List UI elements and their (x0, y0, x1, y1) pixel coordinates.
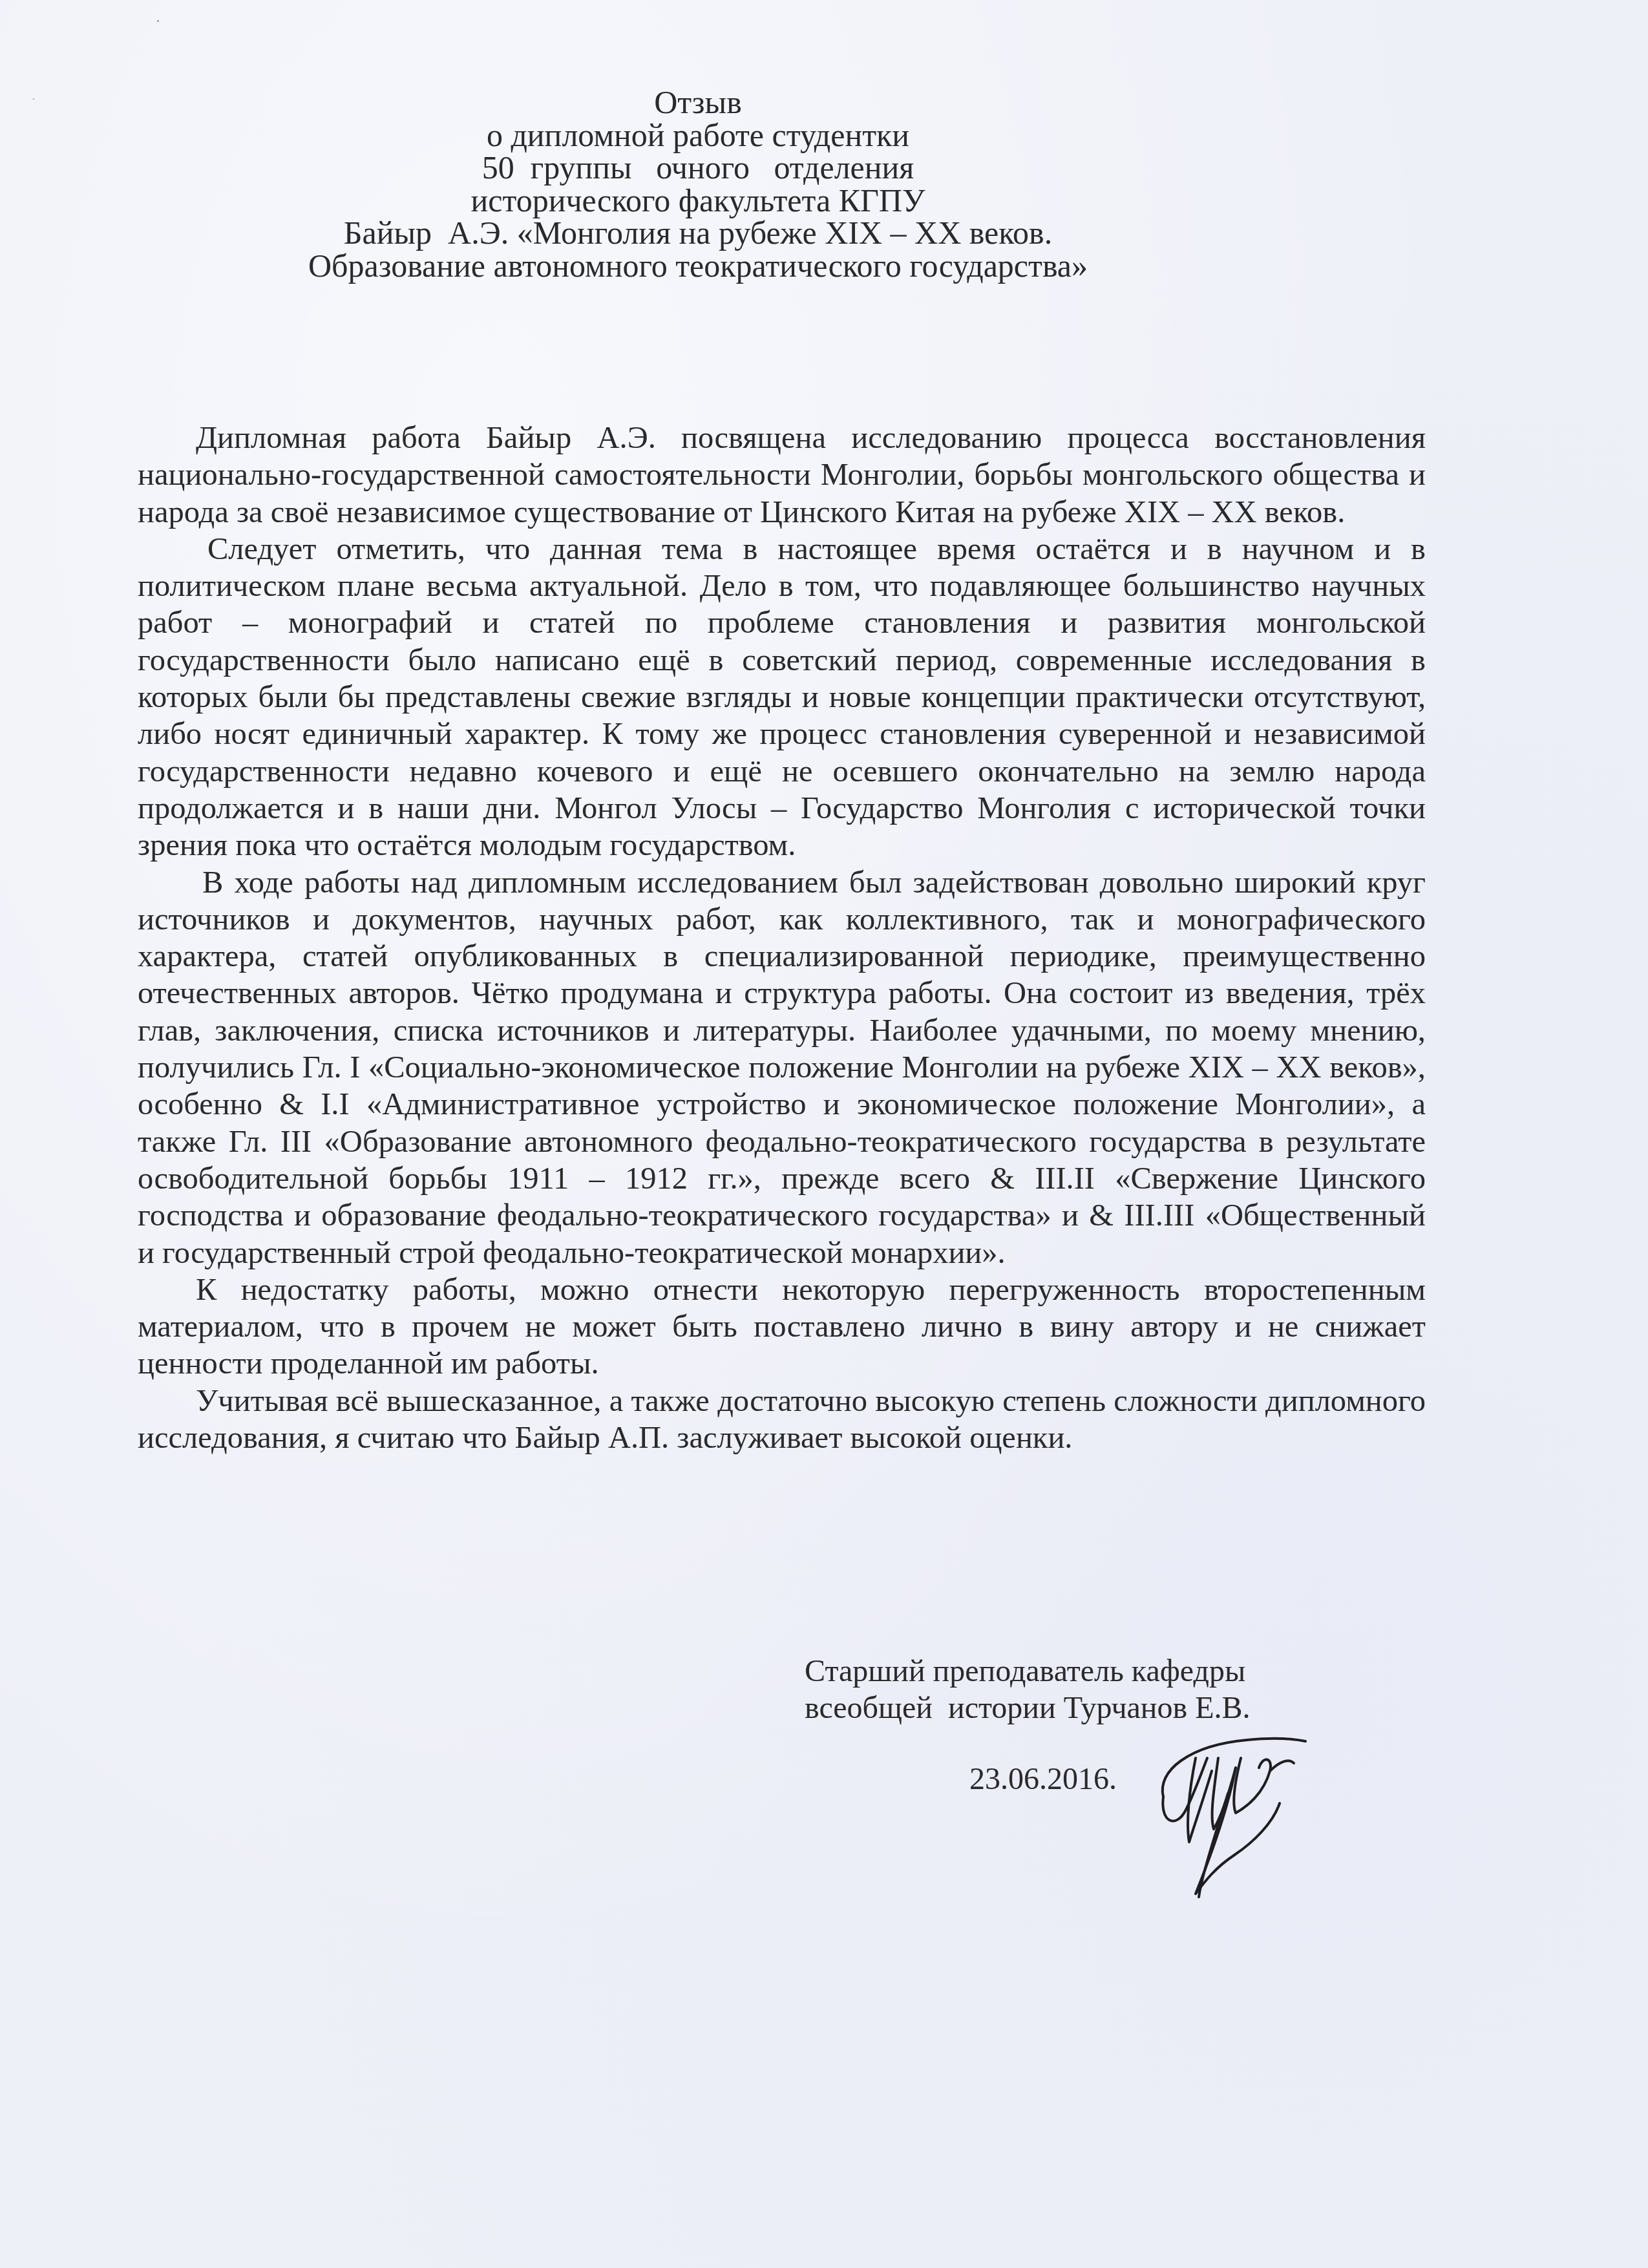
document-header: Отзыв о дипломной работе студентки 50 гр… (278, 86, 1118, 282)
scan-speck (157, 20, 159, 22)
header-faculty-line: исторического факультета КГПУ (278, 184, 1118, 217)
review-body: Дипломная работа Байыр А.Э. посвящена ис… (138, 419, 1426, 1456)
scanned-page: Отзыв о дипломной работе студентки 50 гр… (0, 0, 1648, 2268)
header-subtitle-line: о дипломной работе студентки (278, 119, 1118, 152)
paragraph-intro: Дипломная работа Байыр А.Э. посвящена ис… (138, 419, 1426, 531)
handwritten-signature-icon (1150, 1732, 1318, 1900)
document-date: 23.06.2016. (969, 1761, 1117, 1797)
signer-position: Старший преподаватель кафедры (805, 1654, 1245, 1688)
paragraph-shortcomings: К недостатку работы, можно отнести некот… (138, 1271, 1426, 1383)
scan-speck (33, 98, 34, 100)
signer-name: всеобщей истории Турчанов Е.В. (805, 1691, 1251, 1725)
header-thesis-title-line: Байыр А.Э. «Монголия на рубеже XIX – XX … (278, 217, 1118, 249)
paragraph-sources-structure: В ходе работы над дипломным исследование… (138, 864, 1426, 1271)
header-thesis-title-line-2: Образование автономного теократического … (278, 249, 1118, 282)
header-title: Отзыв (278, 86, 1118, 119)
signer-block: Старший преподаватель кафедры всеобщей и… (805, 1653, 1251, 1726)
header-group-line: 50 группы очного отделения (278, 151, 1118, 184)
paragraph-conclusion: Учитывая всё вышесказанное, а также дост… (138, 1383, 1426, 1457)
paragraph-relevance: Следует отметить, что данная тема в наст… (138, 531, 1426, 864)
